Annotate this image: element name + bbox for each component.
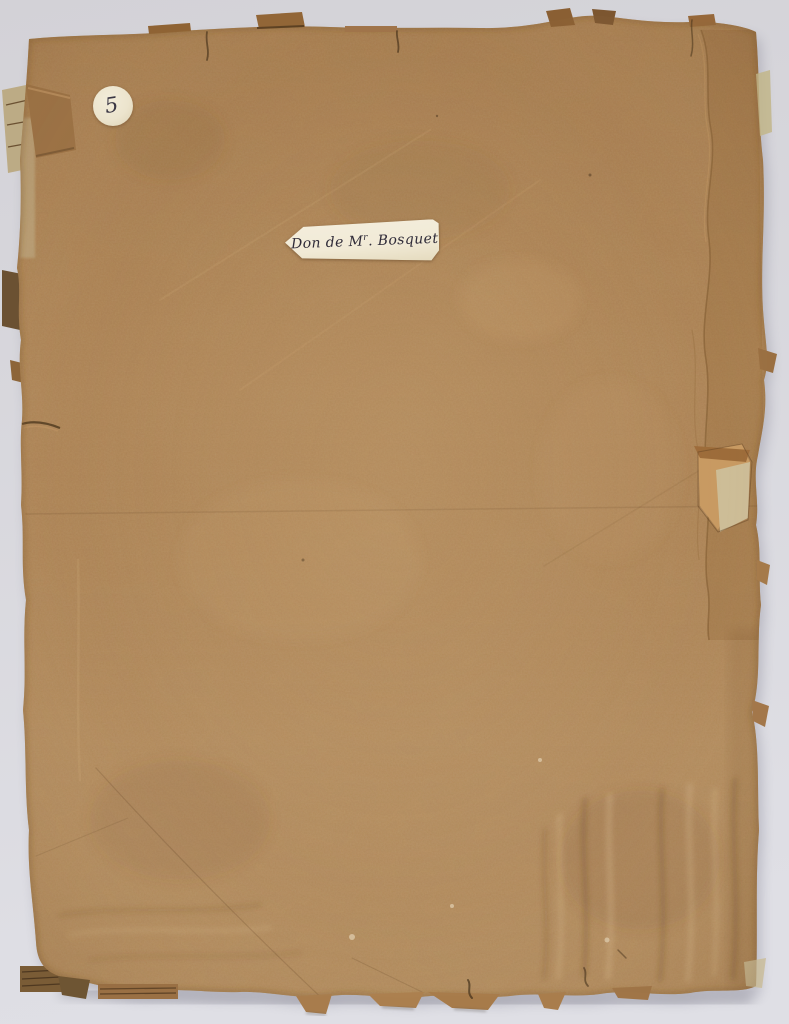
photo-of-portfolio-back-cover: 5 Don de Mr. Bosquet <box>0 0 789 1024</box>
board-vignette <box>10 5 780 1020</box>
number-sticker: 5 <box>93 86 133 126</box>
inscription-text-after: . Bosquet <box>368 230 439 249</box>
inscription-text: Don de Mr. Bosquet <box>285 230 439 253</box>
number-sticker-text: 5 <box>103 92 120 118</box>
cardboard-illustration <box>0 0 789 1024</box>
inscription-sticker-face: Don de Mr. Bosquet <box>285 219 439 263</box>
inscription-text-before: Don de M <box>291 233 364 252</box>
number-sticker-face: 5 <box>93 86 133 126</box>
inscription-sticker: Don de Mr. Bosquet <box>285 220 439 262</box>
